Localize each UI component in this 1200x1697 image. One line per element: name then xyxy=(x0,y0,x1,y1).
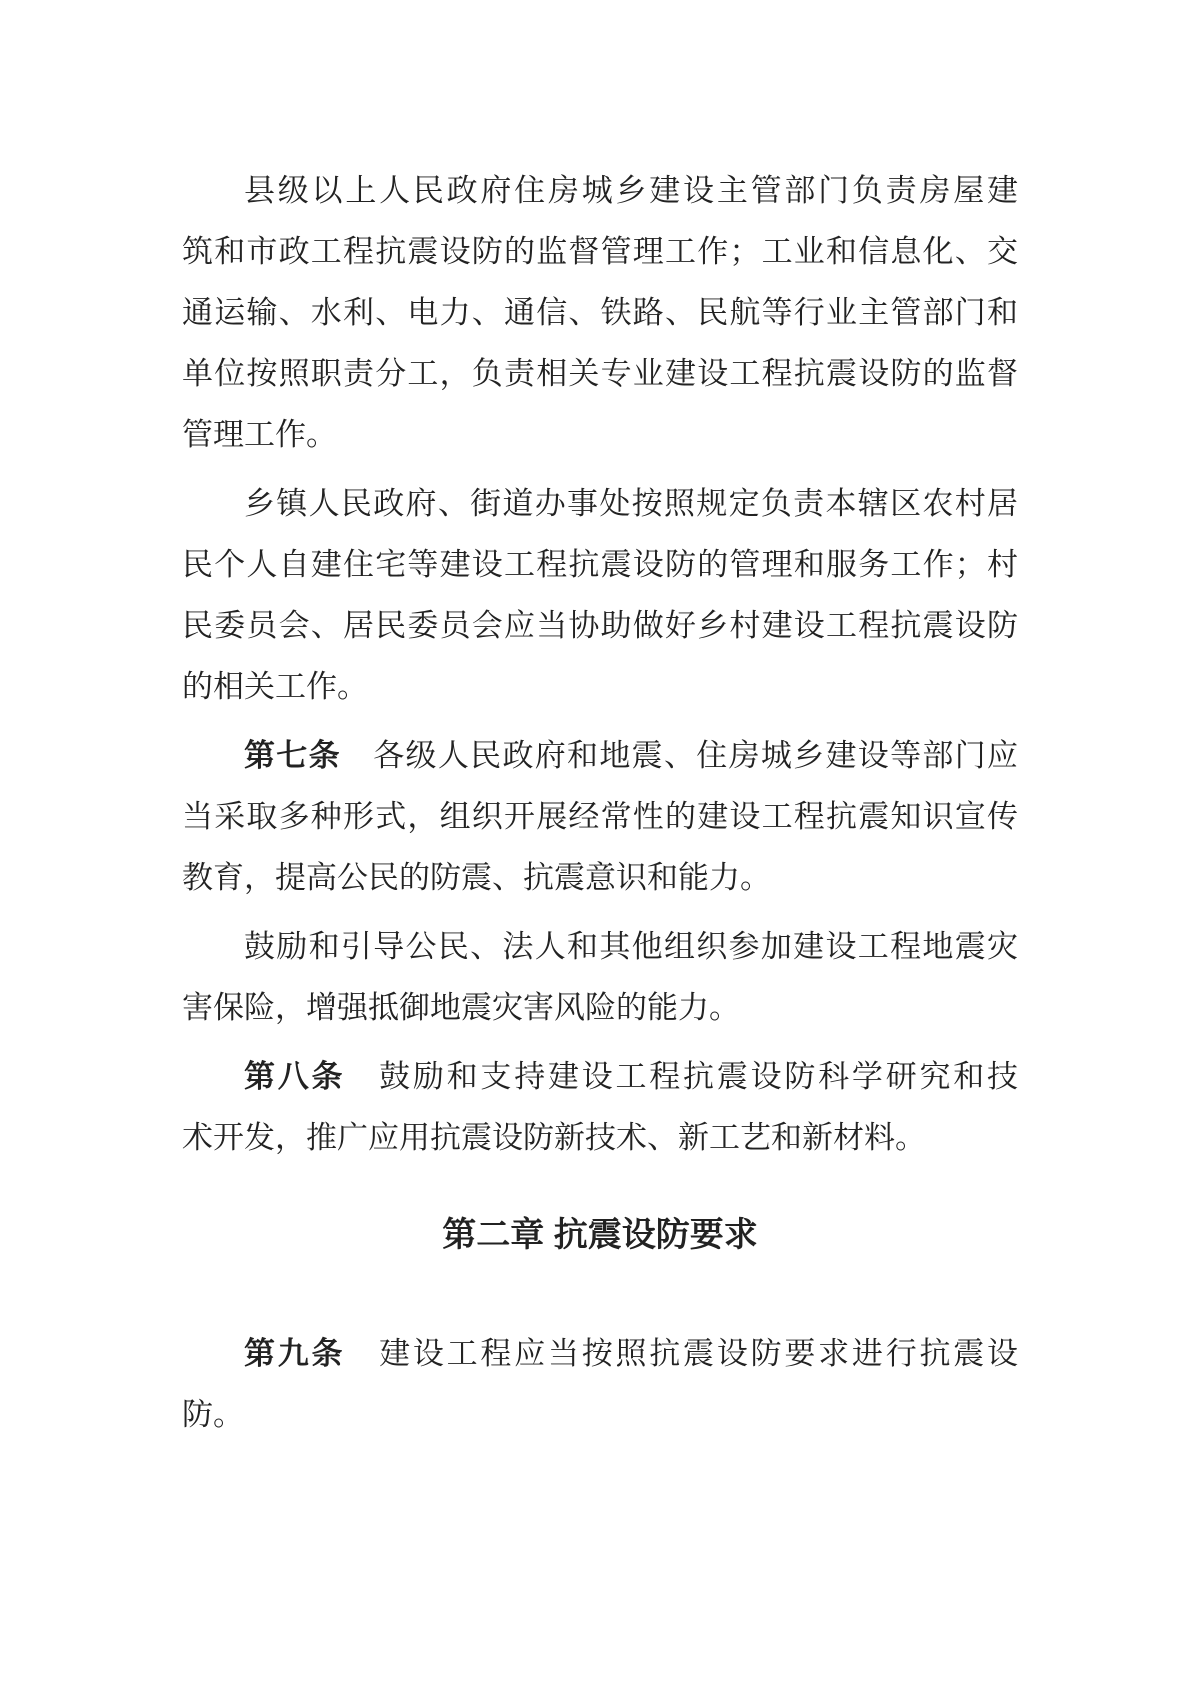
line-text: 各级人民政府和地震、住房城乡建设等部门应 xyxy=(341,738,1018,773)
text-line: 教育，提高公民的防震、抗震意识和能力。 xyxy=(182,847,1018,908)
line-text: 鼓励和支持建设工程抗震设防科学研究和技 xyxy=(345,1059,1018,1094)
paragraph: 乡镇人民政府、街道办事处按照规定负责本辖区农村居民个人自建住宅等建设工程抗震设防… xyxy=(182,473,1018,717)
text-line: 第七条 各级人民政府和地震、住房城乡建设等部门应 xyxy=(182,725,1018,786)
text-line: 鼓励和引导公民、法人和其他组织参加建设工程地震灾 xyxy=(182,916,1018,977)
paragraph: 第七条 各级人民政府和地震、住房城乡建设等部门应当采取多种形式，组织开展经常性的… xyxy=(182,725,1018,908)
paragraph: 鼓励和引导公民、法人和其他组织参加建设工程地震灾害保险，增强抵御地震灾害风险的能… xyxy=(182,916,1018,1038)
text-line: 害保险，增强抵御地震灾害风险的能力。 xyxy=(182,977,1018,1038)
text-line: 民委员会、居民委员会应当协助做好乡村建设工程抗震设防 xyxy=(182,595,1018,656)
chapter-heading: 第二章 抗震设防要求 xyxy=(182,1204,1018,1267)
text-line: 通运输、水利、电力、通信、铁路、民航等行业主管部门和 xyxy=(182,282,1018,343)
line-text: 建设工程应当按照抗震设防要求进行抗震设 xyxy=(345,1336,1018,1371)
text-line: 县级以上人民政府住房城乡建设主管部门负责房屋建 xyxy=(182,160,1018,221)
text-line: 的相关工作。 xyxy=(182,656,1018,717)
text-line: 民个人自建住宅等建设工程抗震设防的管理和服务工作；村 xyxy=(182,534,1018,595)
paragraph: 第八条 鼓励和支持建设工程抗震设防科学研究和技术开发，推广应用抗震设防新技术、新… xyxy=(182,1046,1018,1168)
paragraph: 县级以上人民政府住房城乡建设主管部门负责房屋建筑和市政工程抗震设防的监督管理工作… xyxy=(182,160,1018,465)
text-line: 防。 xyxy=(182,1384,1018,1445)
document-page: 县级以上人民政府住房城乡建设主管部门负责房屋建筑和市政工程抗震设防的监督管理工作… xyxy=(0,0,1200,1697)
text-line: 乡镇人民政府、街道办事处按照规定负责本辖区农村居 xyxy=(182,473,1018,534)
article-number: 第七条 xyxy=(244,738,341,773)
document-content: 县级以上人民政府住房城乡建设主管部门负责房屋建筑和市政工程抗震设防的监督管理工作… xyxy=(0,0,1200,1445)
article-number: 第八条 xyxy=(244,1059,345,1094)
text-line: 当采取多种形式，组织开展经常性的建设工程抗震知识宣传 xyxy=(182,786,1018,847)
text-line: 单位按照职责分工，负责相关专业建设工程抗震设防的监督 xyxy=(182,343,1018,404)
text-line: 第九条 建设工程应当按照抗震设防要求进行抗震设 xyxy=(182,1323,1018,1384)
text-line: 第八条 鼓励和支持建设工程抗震设防科学研究和技 xyxy=(182,1046,1018,1107)
text-line: 筑和市政工程抗震设防的监督管理工作；工业和信息化、交 xyxy=(182,221,1018,282)
paragraph: 第九条 建设工程应当按照抗震设防要求进行抗震设防。 xyxy=(182,1323,1018,1445)
article-number: 第九条 xyxy=(244,1336,345,1371)
text-line: 管理工作。 xyxy=(182,404,1018,465)
text-line: 术开发，推广应用抗震设防新技术、新工艺和新材料。 xyxy=(182,1107,1018,1168)
